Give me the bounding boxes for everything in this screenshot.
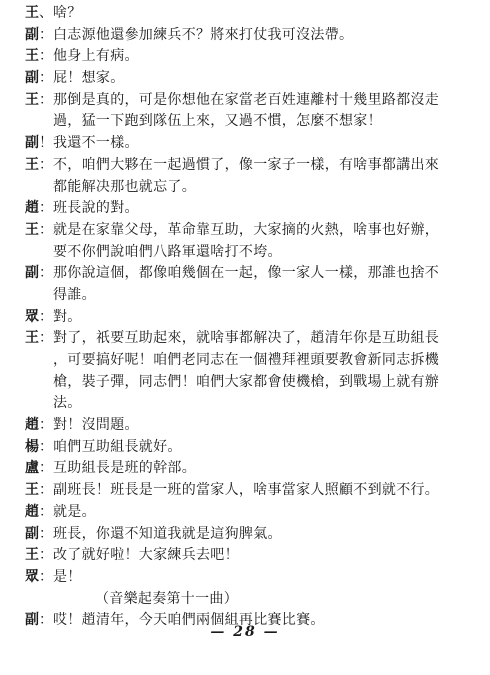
speaker-label: 趙 — [25, 415, 39, 437]
speech-text: 改了就好啦！大家練兵去吧！ — [53, 545, 239, 567]
stage-direction-text: （音樂起奏第十一曲） — [95, 589, 238, 611]
dialogue-line: 副 ： 屁！想家。 — [25, 68, 465, 90]
speaker-separator: ： — [39, 328, 53, 350]
dialogue-line: 王 ： 對了，祇要互助起來，就啥事都解决了，趙清年你是互助組長 — [25, 328, 465, 350]
speaker-label: 楊 — [25, 437, 39, 459]
dialogue-line: 眾 ： 是！ — [25, 567, 465, 589]
speech-text: 對了，祇要互助起來，就啥事都解决了，趙清年你是互助組長 — [53, 328, 439, 350]
continuation-line: 槍，裝子彈，同志們！咱們大家都會使機槍，到戰場上就有辦 — [25, 372, 465, 394]
speaker-label: 副 — [25, 68, 39, 90]
dialogue-line: 王 ： 他身上有病。 — [25, 46, 465, 68]
dialogue-line: 楊 ： 咱們互助組長就好。 — [25, 437, 465, 459]
speaker-separator: ： — [39, 307, 53, 329]
speech-text: 咱們互助組長就好。 — [53, 437, 182, 459]
speaker-separator: ： — [39, 46, 53, 68]
speaker-label: 王 — [25, 328, 39, 350]
speaker-label: 王 — [25, 3, 39, 25]
continuation-line: 法。 — [25, 393, 465, 415]
speech-text: ，可要搞好呢！咱們老同志在一個禮拜裡頭要教會新同志拆機 — [53, 350, 439, 372]
continuation-line: 都能解决那也就忘了。 — [25, 177, 465, 199]
speaker-label: 王 — [25, 545, 39, 567]
play-script: 王 、 啥？ 副 ： 白志源他還參加練兵不？將來打仗我可沒法帶。 王 ： 他身上… — [25, 3, 465, 632]
continuation-line: ，可要搞好呢！咱們老同志在一個禮拜裡頭要教會新同志拆機 — [25, 350, 465, 372]
dialogue-line: 王 ： 那倒是真的，可是你想他在家當老百姓連離村十幾里路都沒走 — [25, 90, 465, 112]
speaker-label: 眾 — [25, 567, 39, 589]
continuation-line: 過，猛一下跑到隊伍上來，又過不慣，怎麼不想家！ — [25, 111, 465, 133]
speaker-label: 王 — [25, 155, 39, 177]
speaker-separator: ： — [39, 502, 53, 524]
dialogue-line: 盧 ： 互助組長是班的幹部。 — [25, 458, 465, 480]
speaker-separator: ： — [39, 480, 53, 502]
speaker-separator: ： — [39, 567, 53, 589]
speaker-label: 眾 — [25, 307, 39, 329]
speech-text: 白志源他還參加練兵不？將來打仗我可沒法帶。 — [53, 25, 353, 47]
speech-text: 啥？ — [53, 3, 82, 25]
dialogue-line: 副 ： 班長，你還不知道我就是這狗脾氣。 — [25, 524, 465, 546]
speaker-label: 王 — [25, 90, 39, 112]
speech-text: 班長，你還不知道我就是這狗脾氣。 — [53, 524, 282, 546]
speech-text: 那倒是真的，可是你想他在家當老百姓連離村十幾里路都沒走 — [53, 90, 439, 112]
dialogue-line: 王 ： 不，咱們大夥在一起過慣了，像一家子一樣，有啥事都講出來 — [25, 155, 465, 177]
speech-text: 班長說的對。 — [53, 198, 139, 220]
speech-text: 互助組長是班的幹部。 — [53, 458, 196, 480]
speaker-separator: ： — [39, 220, 53, 242]
speech-text: 是！ — [53, 567, 82, 589]
speech-text: 要不你們說咱們八路軍還啥打不垮。 — [53, 242, 282, 264]
speaker-separator: ： — [39, 545, 53, 567]
speaker-separator: ： — [39, 458, 53, 480]
speech-text: 對。 — [53, 307, 82, 329]
speaker-label: 趙 — [25, 198, 39, 220]
dialogue-line: 王 ： 副班長！班長是一班的當家人，啥事當家人照顧不到就不行。 — [25, 480, 465, 502]
speech-text: 就是。 — [53, 502, 96, 524]
dialogue-line: 副 ： 那你說這個，都像咱幾個在一起，像一家人一樣，那誰也捨不 — [25, 263, 465, 285]
speaker-label: 副 — [25, 524, 39, 546]
speech-text: 就是在家靠父母，革命靠互助，大家摘的火熱，啥事也好辦， — [53, 220, 439, 242]
speaker-separator: ： — [39, 155, 53, 177]
speaker-separator: 、 — [39, 3, 53, 25]
speaker-label: 王 — [25, 480, 39, 502]
speaker-label: 副 — [25, 25, 39, 47]
speaker-separator: ： — [39, 524, 53, 546]
speaker-separator: ： — [39, 437, 53, 459]
dialogue-line: 趙 ： 班長說的對。 — [25, 198, 465, 220]
speaker-label: 副 — [25, 263, 39, 285]
speech-text: 過，猛一下跑到隊伍上來，又過不慣，怎麼不想家！ — [53, 111, 382, 133]
speaker-separator: ： — [39, 415, 53, 437]
speaker-separator: ： — [39, 68, 53, 90]
speech-text: 法。 — [53, 393, 82, 415]
speaker-label: 王 — [25, 46, 39, 68]
speech-text: 他身上有病。 — [53, 46, 139, 68]
speaker-separator: ： — [39, 25, 53, 47]
speech-text: 屁！想家。 — [53, 68, 125, 90]
page-number: — 28 — — [0, 624, 490, 640]
speech-text: 槍，裝子彈，同志們！咱們大家都會使機槍，到戰場上就有辦 — [53, 372, 439, 394]
speaker-separator: ： — [39, 198, 53, 220]
speech-text: 得誰。 — [53, 285, 96, 307]
stage-direction: （音樂起奏第十一曲） — [25, 589, 465, 611]
speech-text: 那你說這個，都像咱幾個在一起，像一家人一樣，那誰也捨不 — [53, 263, 439, 285]
speaker-separator: ！ — [39, 133, 53, 155]
continuation-line: 要不你們說咱們八路軍還啥打不垮。 — [25, 242, 465, 264]
speech-text: 副班長！班長是一班的當家人，啥事當家人照顧不到就不行。 — [53, 480, 439, 502]
speaker-label: 趙 — [25, 502, 39, 524]
dialogue-line: 副 ！ 我還不一樣。 — [25, 133, 465, 155]
dialogue-line: 副 ： 白志源他還參加練兵不？將來打仗我可沒法帶。 — [25, 25, 465, 47]
speech-text: 對！沒問題。 — [53, 415, 139, 437]
dialogue-line: 趙 ： 就是。 — [25, 502, 465, 524]
speech-text: 不，咱們大夥在一起過慣了，像一家子一樣，有啥事都講出來 — [53, 155, 439, 177]
dialogue-line: 眾 ： 對。 — [25, 307, 465, 329]
dialogue-line: 趙 ： 對！沒問題。 — [25, 415, 465, 437]
speaker-label: 王 — [25, 220, 39, 242]
speech-text: 我還不一樣。 — [53, 133, 139, 155]
speaker-label: 盧 — [25, 458, 39, 480]
speaker-label: 副 — [25, 133, 39, 155]
dialogue-line: 王 、 啥？ — [25, 3, 465, 25]
speech-text: 都能解决那也就忘了。 — [53, 177, 196, 199]
speaker-separator: ： — [39, 263, 53, 285]
speaker-separator: ： — [39, 90, 53, 112]
dialogue-line: 王 ： 就是在家靠父母，革命靠互助，大家摘的火熱，啥事也好辦， — [25, 220, 465, 242]
continuation-line: 得誰。 — [25, 285, 465, 307]
scanned-page: 王 、 啥？ 副 ： 白志源他還參加練兵不？將來打仗我可沒法帶。 王 ： 他身上… — [0, 0, 490, 675]
dialogue-line: 王 ： 改了就好啦！大家練兵去吧！ — [25, 545, 465, 567]
